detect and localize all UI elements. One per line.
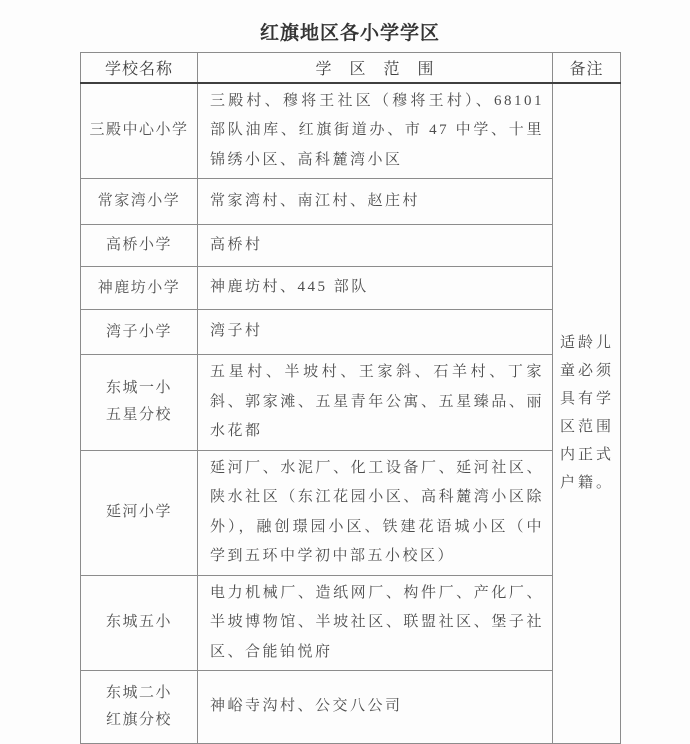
district-range-cell: 五星村、半坡村、王家斜、石羊村、丁家斜、郭家滩、五星青年公寓、五星臻品、丽水花都 <box>198 355 553 451</box>
document-title: 红旗地区各小学学区 <box>80 18 620 45</box>
header-district-range: 学 区 范 围 <box>198 53 553 83</box>
district-range-cell: 三殿村、穆将王社区（穆将王村）、68101 部队油库、红旗街道办、市 47 中学… <box>198 83 553 179</box>
table-row: 三殿中心小学 三殿村、穆将王社区（穆将王村）、68101 部队油库、红旗街道办、… <box>81 83 621 179</box>
note-cell: 适龄儿童必须具有学区范围内正式户籍。 <box>553 83 621 744</box>
district-range-cell: 神鹿坊村、445 部队 <box>198 267 553 310</box>
school-name-cell: 东城一小 五星分校 <box>81 355 198 451</box>
table-row: 常家湾小学 常家湾村、南江村、赵庄村 <box>81 179 621 225</box>
district-range-cell: 常家湾村、南江村、赵庄村 <box>198 179 553 225</box>
school-name-cell: 三殿中心小学 <box>81 83 198 179</box>
table-row: 高桥小学 高桥村 <box>81 225 621 267</box>
district-range-cell: 高桥村 <box>198 225 553 267</box>
table-row: 延河小学 延河厂、水泥厂、化工设备厂、延河社区、陕水社区（东江花园小区、高科麓湾… <box>81 450 621 575</box>
table-row: 神鹿坊小学 神鹿坊村、445 部队 <box>81 267 621 310</box>
header-row: 学校名称 学 区 范 围 备注 <box>81 53 621 83</box>
school-name-cell: 常家湾小学 <box>81 179 198 225</box>
table-row: 东城二小 红旗分校 神峪寺沟村、公交八公司 <box>81 671 621 744</box>
header-school-name: 学校名称 <box>81 53 198 83</box>
school-name-cell: 神鹿坊小学 <box>81 267 198 310</box>
district-range-cell: 湾子村 <box>198 310 553 355</box>
header-note: 备注 <box>553 53 621 83</box>
district-range-cell: 神峪寺沟村、公交八公司 <box>198 671 553 744</box>
school-name-cell: 高桥小学 <box>81 225 198 267</box>
district-range-cell: 延河厂、水泥厂、化工设备厂、延河社区、陕水社区（东江花园小区、高科麓湾小区除外）… <box>198 450 553 575</box>
school-name-cell: 东城二小 红旗分校 <box>81 671 198 744</box>
district-range-cell: 电力机械厂、造纸网厂、构件厂、产化厂、半坡博物馆、半坡社区、联盟社区、堡子社区、… <box>198 575 553 671</box>
school-name-cell: 湾子小学 <box>81 310 198 355</box>
school-district-table: 学校名称 学 区 范 围 备注 三殿中心小学 三殿村、穆将王社区（穆将王村）、6… <box>80 52 621 744</box>
school-name-cell: 延河小学 <box>81 450 198 575</box>
table-row: 东城五小 电力机械厂、造纸网厂、构件厂、产化厂、半坡博物馆、半坡社区、联盟社区、… <box>81 575 621 671</box>
table-row: 湾子小学 湾子村 <box>81 310 621 355</box>
school-name-cell: 东城五小 <box>81 575 198 671</box>
table-row: 东城一小 五星分校 五星村、半坡村、王家斜、石羊村、丁家斜、郭家滩、五星青年公寓… <box>81 355 621 451</box>
